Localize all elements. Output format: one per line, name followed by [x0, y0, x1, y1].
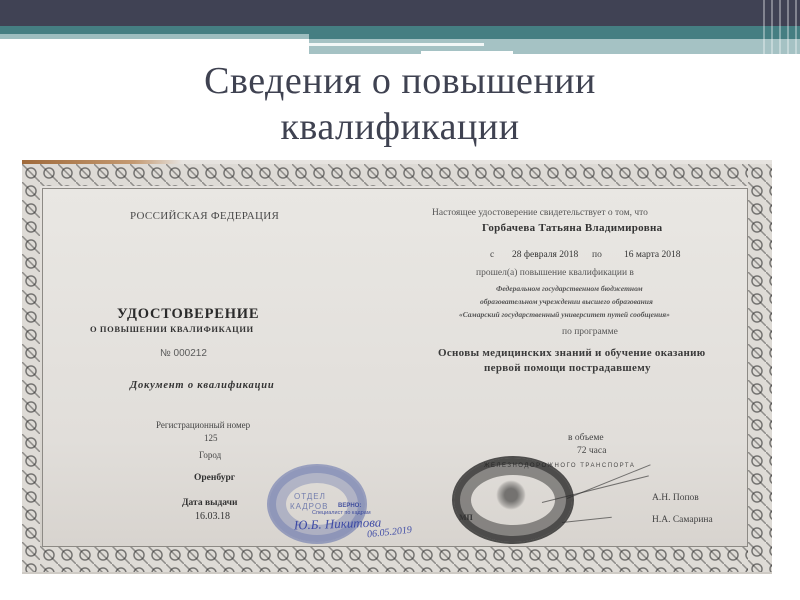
city-value: Оренбург [194, 473, 235, 483]
certificate-subtitle: О ПОВЫШЕНИИ КВАЛИФИКАЦИИ [90, 324, 254, 334]
issue-date-label: Дата выдачи [182, 498, 238, 508]
header-stripes [760, 0, 800, 54]
institution-line2: образовательном учреждении высшего образ… [480, 297, 653, 306]
ornament-border-right [748, 164, 772, 572]
reg-number-value: 125 [204, 433, 218, 443]
header-bar-dark [0, 0, 800, 26]
certified-mark: ВЕРНО: [338, 503, 361, 509]
volume-label: в объеме [568, 433, 604, 443]
seal-mark: МП [459, 513, 473, 522]
slide-title-line2: квалификации [0, 104, 800, 150]
document-type: Документ о квалификации [130, 380, 275, 391]
institution-line3: «Самарский государственный университет п… [459, 310, 670, 319]
reg-number-label: Регистрационный номер [156, 420, 250, 430]
hr-stamp-line1: ОТДЕЛ [294, 492, 326, 501]
header-bar-accent [0, 34, 309, 39]
slide-title: Сведения о повышении квалификации [0, 58, 800, 150]
passed-text: прошел(а) повышение квалификации в [476, 268, 634, 278]
certificate-photo: РОССИЙСКАЯ ФЕДЕРАЦИЯ УДОСТОВЕРЕНИЕ О ПОВ… [22, 160, 772, 574]
ornament-border-bottom [22, 546, 772, 572]
date-from-prefix: с [490, 250, 494, 260]
city-label: Город [199, 450, 221, 460]
program-label: по программе [562, 327, 618, 337]
signatory-2: Н.А. Самарина [652, 515, 713, 525]
certificate-title: УДОСТОВЕРЕНИЕ [117, 306, 259, 323]
date-to: 16 марта 2018 [624, 250, 681, 260]
program-line2: первой помощи пострадавшему [484, 362, 651, 374]
seal-text: ЖЕЛЕЗНОДОРОЖНОГО ТРАНСПОРТА [484, 463, 635, 469]
date-from: 28 февраля 2018 [512, 250, 578, 260]
institution-line1: Федеральном государственном бюджетном [496, 284, 643, 293]
volume-value: 72 часа [577, 446, 606, 456]
coat-of-arms-icon [496, 480, 526, 510]
header-bar-highlight [309, 43, 484, 46]
signatory-1: А.Н. Попов [652, 493, 699, 503]
holder-name: Горбачева Татьяна Владимировна [482, 222, 662, 234]
date-to-prefix: по [592, 250, 602, 260]
ornament-border-left [22, 164, 40, 572]
country-label: РОССИЙСКАЯ ФЕДЕРАЦИЯ [130, 210, 279, 222]
slide-title-line1: Сведения о повышении [0, 58, 800, 104]
certificate-intro: Настоящее удостоверение свидетельствует … [432, 208, 648, 218]
ornament-border-top [22, 164, 772, 186]
certificate-number: № 000212 [160, 348, 207, 359]
header-bar-light [309, 39, 800, 54]
header-bar-highlight-low [421, 51, 513, 54]
program-line1: Основы медицинских знаний и обучение ока… [438, 347, 706, 359]
issue-date-value: 16.03.18 [195, 511, 230, 522]
